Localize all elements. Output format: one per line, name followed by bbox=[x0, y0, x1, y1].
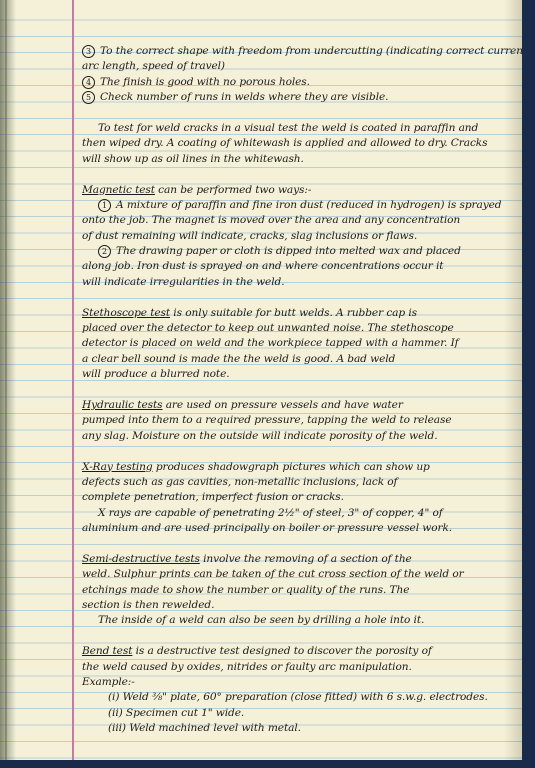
section-heading: X-Ray testing bbox=[82, 461, 153, 473]
example-item: (ii) Specimen cut 1" wide. bbox=[82, 706, 508, 721]
list-item: 1A mixture of paraffin and fine iron dus… bbox=[82, 198, 508, 213]
section-xray: X-Ray testing produces shadowgraph pictu… bbox=[82, 460, 508, 475]
circled-number: 5 bbox=[82, 91, 95, 104]
section-hydraulic: Hydraulic tests are used on pressure ves… bbox=[82, 398, 508, 413]
paragraph-line: defects such as gas cavities, non-metall… bbox=[82, 475, 508, 490]
margin-line bbox=[72, 0, 74, 760]
section-heading: Stethoscope test bbox=[82, 307, 170, 319]
paragraph-line: a clear bell sound is made the the weld … bbox=[82, 352, 508, 367]
section-heading: Magnetic test bbox=[82, 184, 155, 196]
circled-number: 3 bbox=[82, 45, 95, 58]
paragraph-line: the weld caused by oxides, nitrides or f… bbox=[82, 660, 508, 675]
paragraph-line: To test for weld cracks in a visual test… bbox=[82, 121, 508, 136]
paragraph-line: aluminium and are used principally on bo… bbox=[82, 521, 508, 536]
circled-number: 1 bbox=[98, 199, 111, 212]
paragraph-line: will show up as oil lines in the whitewa… bbox=[82, 152, 508, 167]
page-bottom-edge bbox=[0, 760, 535, 768]
section-bend: Bend test is a destructive test designed… bbox=[82, 644, 508, 659]
paragraph-line: section is then rewelded. bbox=[82, 598, 508, 613]
paragraph-line: along job. Iron dust is sprayed on and w… bbox=[82, 259, 508, 274]
list-item: 3To the correct shape with freedom from … bbox=[82, 44, 508, 59]
section-heading: Bend test bbox=[82, 645, 132, 657]
example-item: (iii) Weld machined level with metal. bbox=[82, 721, 508, 736]
list-item: 5Check number of runs in welds where the… bbox=[82, 90, 508, 105]
notebook-page: 3To the correct shape with freedom from … bbox=[0, 0, 522, 760]
section-heading: Semi-destructive tests bbox=[82, 553, 200, 565]
paragraph-line: pumped into them to a required pressure,… bbox=[82, 413, 508, 428]
paragraph-line: weld. Sulphur prints can be taken of the… bbox=[82, 567, 508, 582]
circled-number: 2 bbox=[98, 245, 111, 258]
section-semi-destructive: Semi-destructive tests involve the remov… bbox=[82, 552, 508, 567]
paragraph-line: of dust remaining will indicate, cracks,… bbox=[82, 229, 508, 244]
list-item-continuation: arc length, speed of travel) bbox=[82, 59, 508, 74]
paragraph-line: any slag. Moisture on the outside will i… bbox=[82, 429, 508, 444]
section-magnetic: Magnetic test can be performed two ways:… bbox=[82, 183, 508, 198]
paragraph-line: etchings made to show the number or qual… bbox=[82, 583, 508, 598]
paragraph-line: The inside of a weld can also be seen by… bbox=[82, 613, 508, 628]
list-item: 4The finish is good with no porous holes… bbox=[82, 75, 508, 90]
paragraph-line: X rays are capable of penetrating 2½" of… bbox=[82, 506, 508, 521]
section-heading: Hydraulic tests bbox=[82, 399, 162, 411]
page-shadow bbox=[0, 0, 16, 760]
paragraph-line: will indicate irregularities in the weld… bbox=[82, 275, 508, 290]
paragraph-line: then wiped dry. A coating of whitewash i… bbox=[82, 136, 508, 151]
handwritten-notes: 3To the correct shape with freedom from … bbox=[82, 44, 508, 737]
paragraph-line: detector is placed on weld and the workp… bbox=[82, 336, 508, 351]
paragraph-line: complete penetration, imperfect fusion o… bbox=[82, 490, 508, 505]
section-stethoscope: Stethoscope test is only suitable for bu… bbox=[82, 306, 508, 321]
paragraph-line: onto the job. The magnet is moved over t… bbox=[82, 213, 508, 228]
circled-number: 4 bbox=[82, 76, 95, 89]
paragraph-line: will produce a blurred note. bbox=[82, 367, 508, 382]
list-item: 2The drawing paper or cloth is dipped in… bbox=[82, 244, 508, 259]
paragraph-line: Example:- bbox=[82, 675, 508, 690]
example-item: (i) Weld ⅜" plate, 60° preparation (clos… bbox=[82, 690, 508, 705]
paragraph-line: placed over the detector to keep out unw… bbox=[82, 321, 508, 336]
